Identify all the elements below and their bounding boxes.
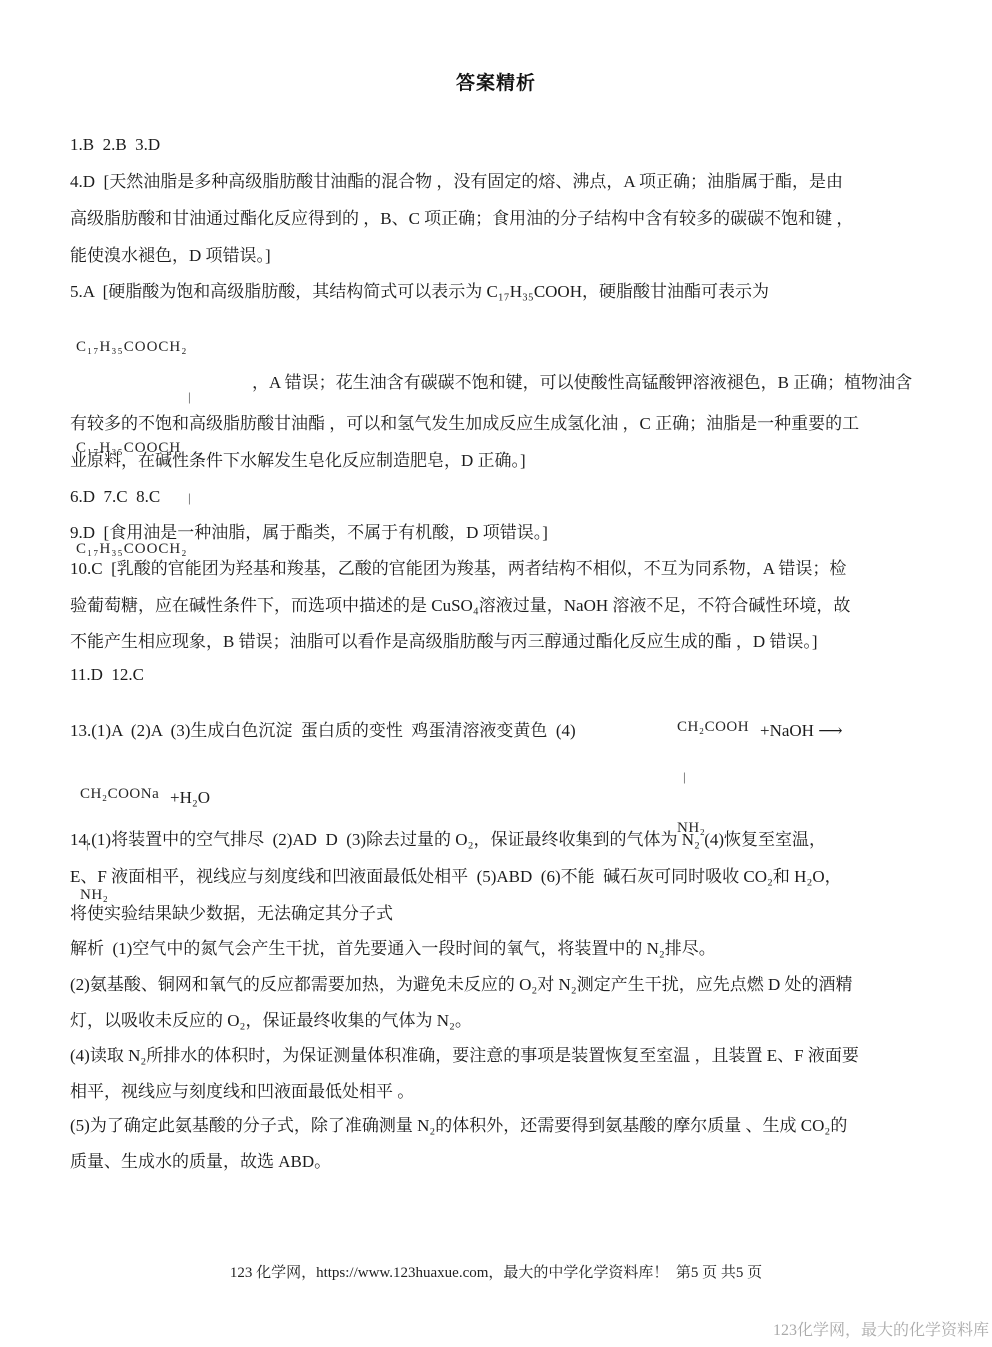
answer-10-line-2: 验葡萄糖，应在碱性条件下，而选项中描述的是 CuSO₄溶液过量，NaOH 溶液不… (70, 594, 850, 618)
answer-5-line-1: 5.A [硬脂酸为饱和高级脂肪酸，其结构简式可以表示为 C₁₇H₃₅COOH，硬… (70, 280, 769, 304)
answer-5-line-2: ，A 错误；花生油含有碳碳不饱和键，可以使酸性高锰酸钾溶液褪色，B 正确；植物油… (252, 371, 912, 395)
answer-13-lead: 13.(1)A (2)A (3)生成白色沉淀 蛋白质的变性 鸡蛋清溶液变黄色 (… (70, 719, 576, 743)
answer-10-line-1: 10.C [乳酸的官能团为羟基和羧基，乙酸的官能团为羧基，两者结构不相似，不互为… (70, 557, 846, 581)
analysis-line-3: 灯，以吸收未反应的 O₂，保证最终收集的气体为 N₂。 (70, 1009, 472, 1033)
footer-site-info: 123 化学网，https://www.123huaxue.com，最大的中学化… (0, 1261, 992, 1282)
answer-14-line-3: 将使实验结果缺少数据，无法确定其分子式 (70, 902, 393, 926)
page-title: 答案精析 (0, 68, 992, 95)
answer-5-line-3: 有较多的不饱和高级脂肪酸甘油酯 ，可以和氢气发生加成反应生成氢化油 ，C 正确；… (70, 412, 859, 436)
formula-row: CH₂COONa (80, 786, 159, 803)
answers-1-to-3: 1.B 2.B 3.D (70, 133, 160, 157)
answer-14-line-1: 14.(1)将装置中的空气排尽 (2)AD D (3)除去过量的 O₂，保证最终… (70, 828, 826, 852)
analysis-line-2: (2)氨基酸、铜网和氧气的反应都需要加热，为避免未反应的 O₂对 N₂测定产生干… (70, 973, 853, 997)
analysis-line-4: (4)读取 N₂所排水的体积时，为保证测量体积准确，要注意的事项是装置恢复至室温… (70, 1044, 859, 1068)
analysis-line-5: 相平，视线应与刻度线和凹液面最低处相平 。 (70, 1080, 414, 1104)
answers-6-to-8: 6.D 7.C 8.C (70, 485, 160, 509)
answer-13-plus-naoh: +NaOH ⟶ (760, 719, 843, 743)
answer-9: 9.D [食用油是一种油脂，属于酯类，不属于有机酸，D 项错误。] (70, 521, 548, 545)
answer-10-line-3: 不能产生相应现象，B 错误；油脂可以看作是高级脂肪酸与丙三醇通过酯化反应生成的酯… (70, 630, 818, 654)
answer-13-plus-h2o: +H₂O (170, 786, 210, 810)
analysis-line-1: 解析 (1)空气中的氮气会产生干扰，首先要通入一段时间的氧气，将装置中的 N₂排… (70, 937, 716, 961)
formula-row: C₁₇H₃₅COOCH₂ (76, 339, 192, 356)
formula-row: CH₂COOH (677, 719, 749, 736)
answer-4-line-3: 能使溴水褪色，D 项错误。] (70, 244, 271, 268)
bond-line-icon: | (76, 390, 192, 406)
bond-line-icon: | (677, 770, 749, 786)
analysis-line-6: (5)为了确定此氨基酸的分子式，除了准确测量 N₂的体积外，还需要得到氨基酸的摩… (70, 1114, 847, 1138)
answer-4-line-2: 高级脂肪酸和甘油通过酯化反应得到的 ，B、C 项正确；食用油的分子结构中含有较多… (70, 207, 853, 231)
answer-14-line-2: E、F 液面相平，视线应与刻度线和凹液面最低处相平 (5)ABD (6)不能 碱… (70, 865, 842, 889)
answer-4-line-1: 4.D [天然油脂是多种高级脂肪酸甘油酯的混合物 ，没有固定的熔、沸点，A 项正… (70, 170, 843, 194)
analysis-line-7: 质量、生成水的质量，故选 ABD。 (70, 1150, 331, 1174)
answers-11-to-12: 11.D 12.C (70, 663, 144, 687)
document-page: 答案精析 1.B 2.B 3.D 4.D [天然油脂是多种高级脂肪酸甘油酯的混合… (0, 0, 992, 1347)
answer-5-line-4: 业原料，在碱性条件下水解发生皂化反应制造肥皂，D 正确。] (70, 449, 526, 473)
watermark-text: 123化学网，最大的化学资料库 (773, 1317, 989, 1340)
